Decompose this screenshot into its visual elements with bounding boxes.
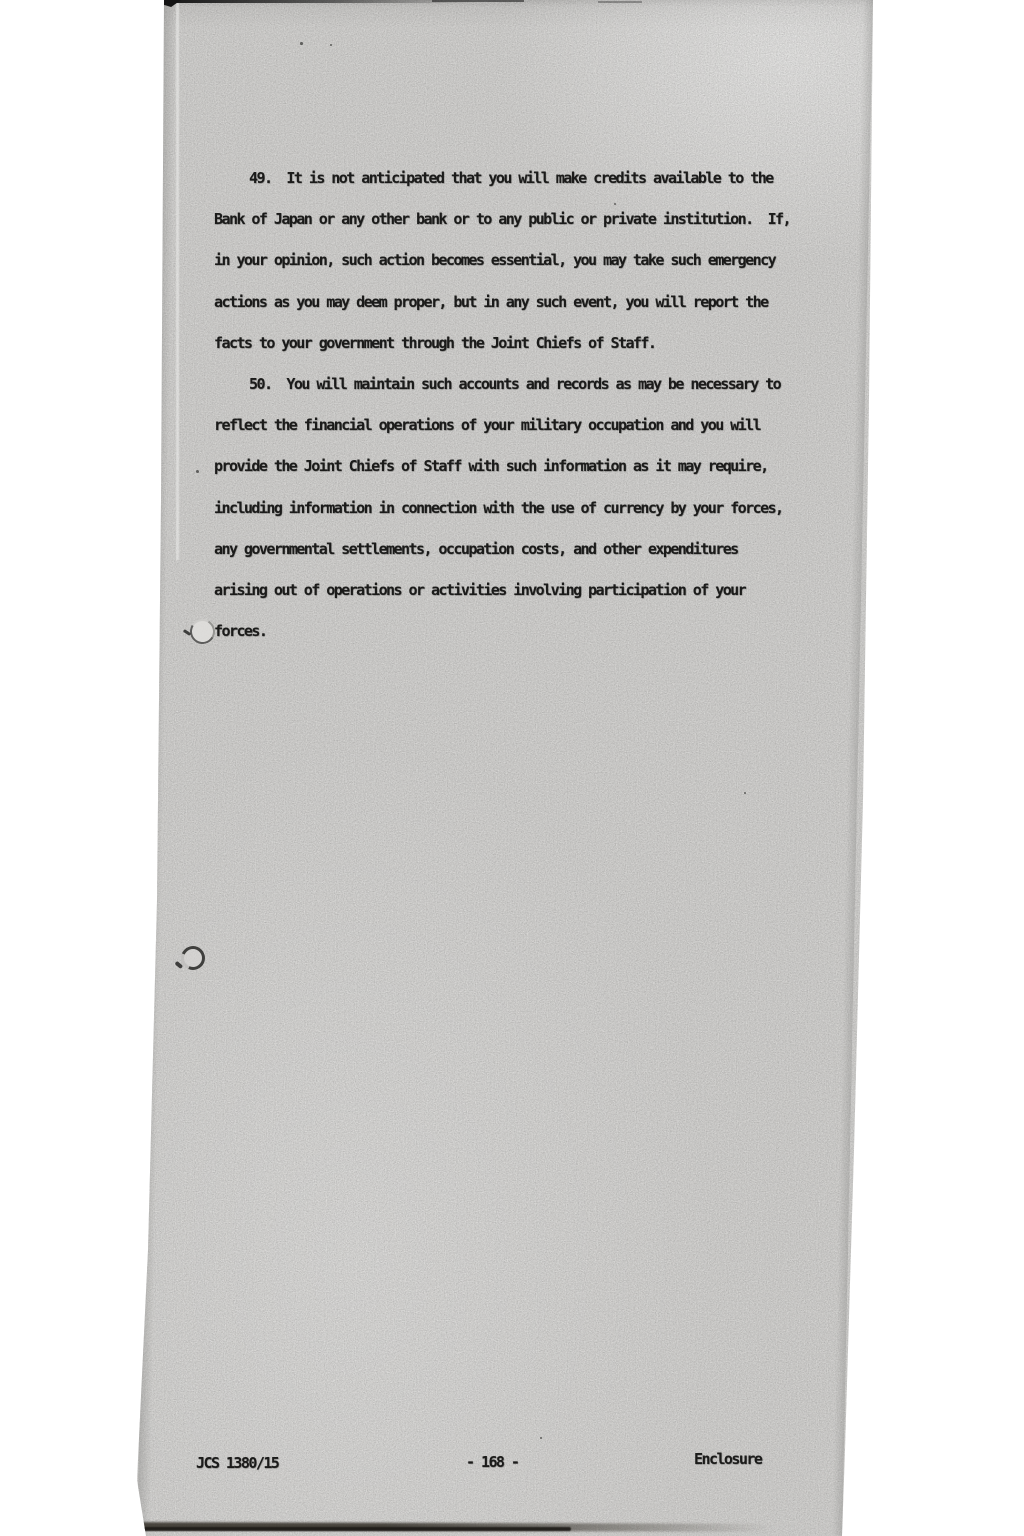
paragraph-50-line-5: any governmental settlements, occupation… <box>214 529 790 570</box>
paragraph-49-line-3: in your opinion, such action becomes ess… <box>214 240 790 281</box>
scan-speck <box>744 792 746 794</box>
document-body: 49. It is not anticipated that you will … <box>214 158 790 652</box>
scanned-page-viewport: 49. It is not anticipated that you will … <box>0 0 1024 1536</box>
scan-top-edge-mark <box>432 0 524 2</box>
paragraph-49-line-4: actions as you may deem proper, but in a… <box>214 282 790 323</box>
paragraph-50-line-2: reflect the financial operations of your… <box>214 405 790 446</box>
footer-page-number: - 168 - <box>466 1453 518 1471</box>
scan-speck <box>196 470 199 473</box>
paper-sheet: 49. It is not anticipated that you will … <box>0 0 1024 1536</box>
paper-crease-streak <box>176 0 179 560</box>
paragraph-50-line-4: including information in connection with… <box>214 488 790 529</box>
paragraph-50-line-7: forces. <box>214 611 790 652</box>
paragraph-50-line-3: provide the Joint Chiefs of Staff with s… <box>214 446 790 487</box>
scan-speck <box>936 131 939 134</box>
paragraph-50-line-1: 50. You will maintain such accounts and … <box>214 364 790 405</box>
footer-enclosure-label: Enclosure <box>694 1450 761 1468</box>
paragraph-50-line-6: arising out of operations or activities … <box>214 570 790 611</box>
scan-speck <box>540 1437 542 1439</box>
scan-top-edge-mark <box>598 1 642 3</box>
footer-document-number: JCS 1380/15 <box>196 1454 278 1472</box>
scan-speck <box>903 129 906 132</box>
paragraph-49-line-5: facts to your government through the Joi… <box>214 323 790 364</box>
scan-speck <box>330 44 332 46</box>
scan-top-edge-line <box>164 0 474 3</box>
paragraph-49-line-1: 49. It is not anticipated that you will … <box>214 158 790 199</box>
scan-bottom-shadow-core <box>141 1527 571 1531</box>
paragraph-49-line-2: Bank of Japan or any other bank or to an… <box>214 199 790 240</box>
scan-speck <box>300 42 303 45</box>
